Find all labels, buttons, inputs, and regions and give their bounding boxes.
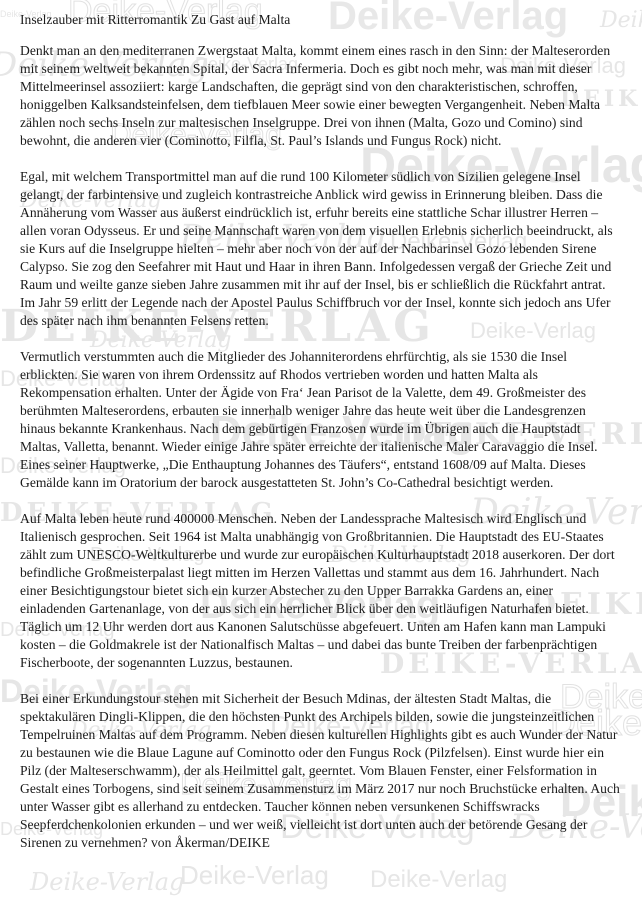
watermark: Deike-Verlag	[180, 862, 329, 888]
paragraph-erkundungstour: Bei einer Erkundungstour stehen mit Sich…	[20, 690, 622, 852]
paragraph-johanniterorden: Vermutlich verstummten auch die Mitglied…	[20, 348, 622, 492]
document-body: Inselzauber mit Ritterromantik Zu Gast a…	[0, 0, 642, 852]
paragraph-odysseus: Egal, mit welchem Transportmittel man au…	[20, 168, 622, 330]
watermark: Deike-Verlag	[30, 870, 184, 894]
paragraph-valletta: Auf Malta leben heute rund 400000 Mensch…	[20, 510, 622, 672]
watermark: Deike-Verlag	[370, 868, 507, 892]
document-title: Inselzauber mit Ritterromantik Zu Gast a…	[20, 11, 622, 29]
paragraph-intro: Denkt man an den mediterranen Zwergstaat…	[20, 42, 622, 150]
